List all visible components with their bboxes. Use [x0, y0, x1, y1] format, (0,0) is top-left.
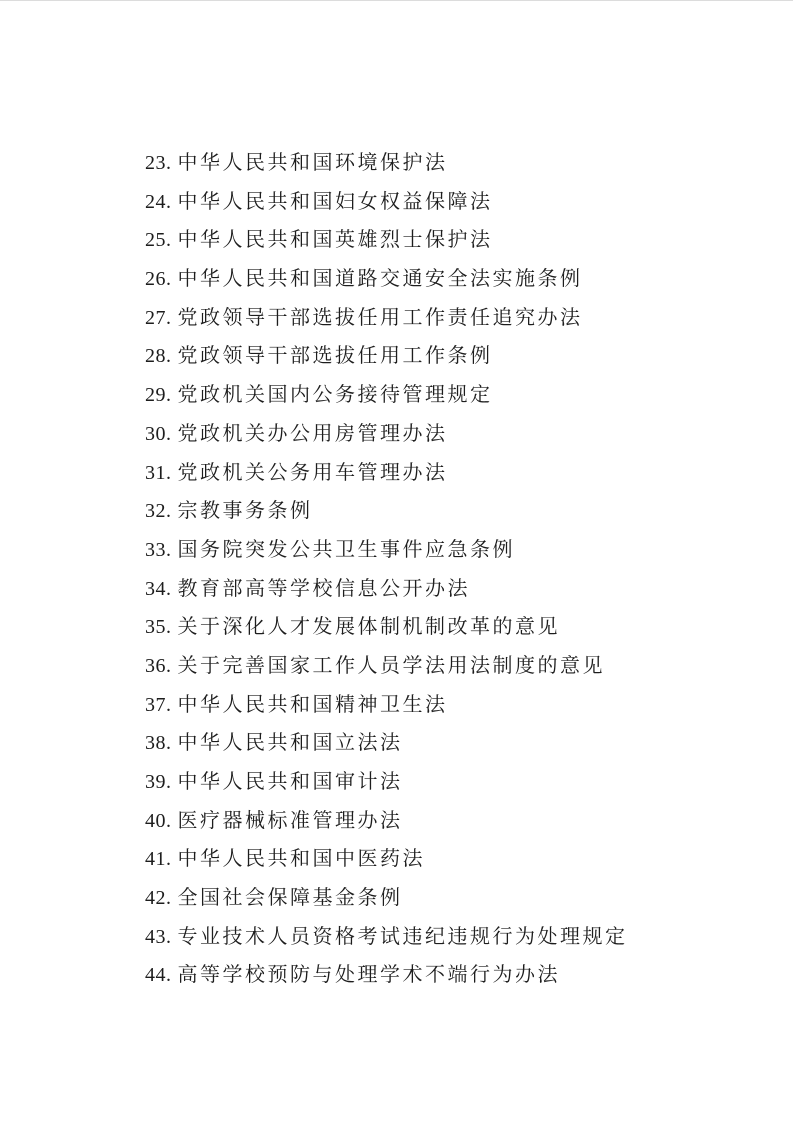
list-item: 29.党政机关国内公务接待管理规定 [145, 376, 628, 415]
list-item: 23.中华人民共和国环境保护法 [145, 144, 628, 183]
item-title: 中华人民共和国审计法 [178, 771, 403, 793]
law-list: 23.中华人民共和国环境保护法24.中华人民共和国妇女权益保障法25.中华人民共… [145, 144, 628, 995]
item-title: 党政机关公务用车管理办法 [178, 462, 448, 484]
list-item: 28.党政领导干部选拔任用工作条例 [145, 337, 628, 376]
item-number: 41. [145, 840, 172, 879]
item-number: 25. [145, 221, 172, 260]
list-item: 42.全国社会保障基金条例 [145, 879, 628, 918]
item-number: 33. [145, 531, 172, 570]
item-title: 党政领导干部选拔任用工作条例 [178, 345, 493, 367]
item-number: 30. [145, 415, 172, 454]
list-item: 34.教育部高等学校信息公开办法 [145, 570, 628, 609]
list-item: 38.中华人民共和国立法法 [145, 724, 628, 763]
item-number: 34. [145, 570, 172, 609]
list-item: 44.高等学校预防与处理学术不端行为办法 [145, 956, 628, 995]
item-title: 中华人民共和国环境保护法 [178, 152, 448, 174]
item-number: 28. [145, 337, 172, 376]
list-item: 26.中华人民共和国道路交通安全法实施条例 [145, 260, 628, 299]
item-number: 39. [145, 763, 172, 802]
list-item: 35.关于深化人才发展体制机制改革的意见 [145, 608, 628, 647]
item-title: 关于完善国家工作人员学法用法制度的意见 [178, 655, 606, 677]
item-number: 44. [145, 956, 172, 995]
list-item: 24.中华人民共和国妇女权益保障法 [145, 183, 628, 222]
item-number: 24. [145, 183, 172, 222]
item-number: 36. [145, 647, 172, 686]
item-number: 32. [145, 492, 172, 531]
item-title: 党政机关国内公务接待管理规定 [178, 384, 493, 406]
document-page: 23.中华人民共和国环境保护法24.中华人民共和国妇女权益保障法25.中华人民共… [0, 0, 793, 1122]
list-item: 43.专业技术人员资格考试违纪违规行为处理规定 [145, 918, 628, 957]
item-number: 37. [145, 686, 172, 725]
list-item: 31.党政机关公务用车管理办法 [145, 454, 628, 493]
item-number: 43. [145, 918, 172, 957]
item-title: 中华人民共和国妇女权益保障法 [178, 191, 493, 213]
item-title: 教育部高等学校信息公开办法 [178, 578, 471, 600]
item-title: 中华人民共和国英雄烈士保护法 [178, 229, 493, 251]
item-title: 宗教事务条例 [178, 500, 313, 522]
item-number: 27. [145, 299, 172, 338]
item-number: 42. [145, 879, 172, 918]
list-item: 40.医疗器械标准管理办法 [145, 802, 628, 841]
list-item: 41.中华人民共和国中医药法 [145, 840, 628, 879]
item-title: 医疗器械标准管理办法 [178, 810, 403, 832]
list-item: 27.党政领导干部选拔任用工作责任追究办法 [145, 299, 628, 338]
item-title: 专业技术人员资格考试违纪违规行为处理规定 [178, 926, 628, 948]
item-number: 31. [145, 454, 172, 493]
item-number: 23. [145, 144, 172, 183]
item-title: 中华人民共和国道路交通安全法实施条例 [178, 268, 583, 290]
item-number: 26. [145, 260, 172, 299]
item-title: 中华人民共和国中医药法 [178, 848, 426, 870]
item-number: 35. [145, 608, 172, 647]
item-number: 38. [145, 724, 172, 763]
list-item: 36.关于完善国家工作人员学法用法制度的意见 [145, 647, 628, 686]
item-title: 中华人民共和国立法法 [178, 732, 403, 754]
list-item: 25.中华人民共和国英雄烈士保护法 [145, 221, 628, 260]
list-item: 33.国务院突发公共卫生事件应急条例 [145, 531, 628, 570]
item-title: 全国社会保障基金条例 [178, 887, 403, 909]
list-item: 39.中华人民共和国审计法 [145, 763, 628, 802]
list-item: 37.中华人民共和国精神卫生法 [145, 686, 628, 725]
item-title: 中华人民共和国精神卫生法 [178, 694, 448, 716]
list-item: 30.党政机关办公用房管理办法 [145, 415, 628, 454]
item-title: 关于深化人才发展体制机制改革的意见 [178, 616, 561, 638]
item-title: 党政领导干部选拔任用工作责任追究办法 [178, 307, 583, 329]
list-item: 32.宗教事务条例 [145, 492, 628, 531]
item-title: 国务院突发公共卫生事件应急条例 [178, 539, 516, 561]
item-title: 党政机关办公用房管理办法 [178, 423, 448, 445]
item-number: 29. [145, 376, 172, 415]
item-title: 高等学校预防与处理学术不端行为办法 [178, 964, 561, 986]
item-number: 40. [145, 802, 172, 841]
